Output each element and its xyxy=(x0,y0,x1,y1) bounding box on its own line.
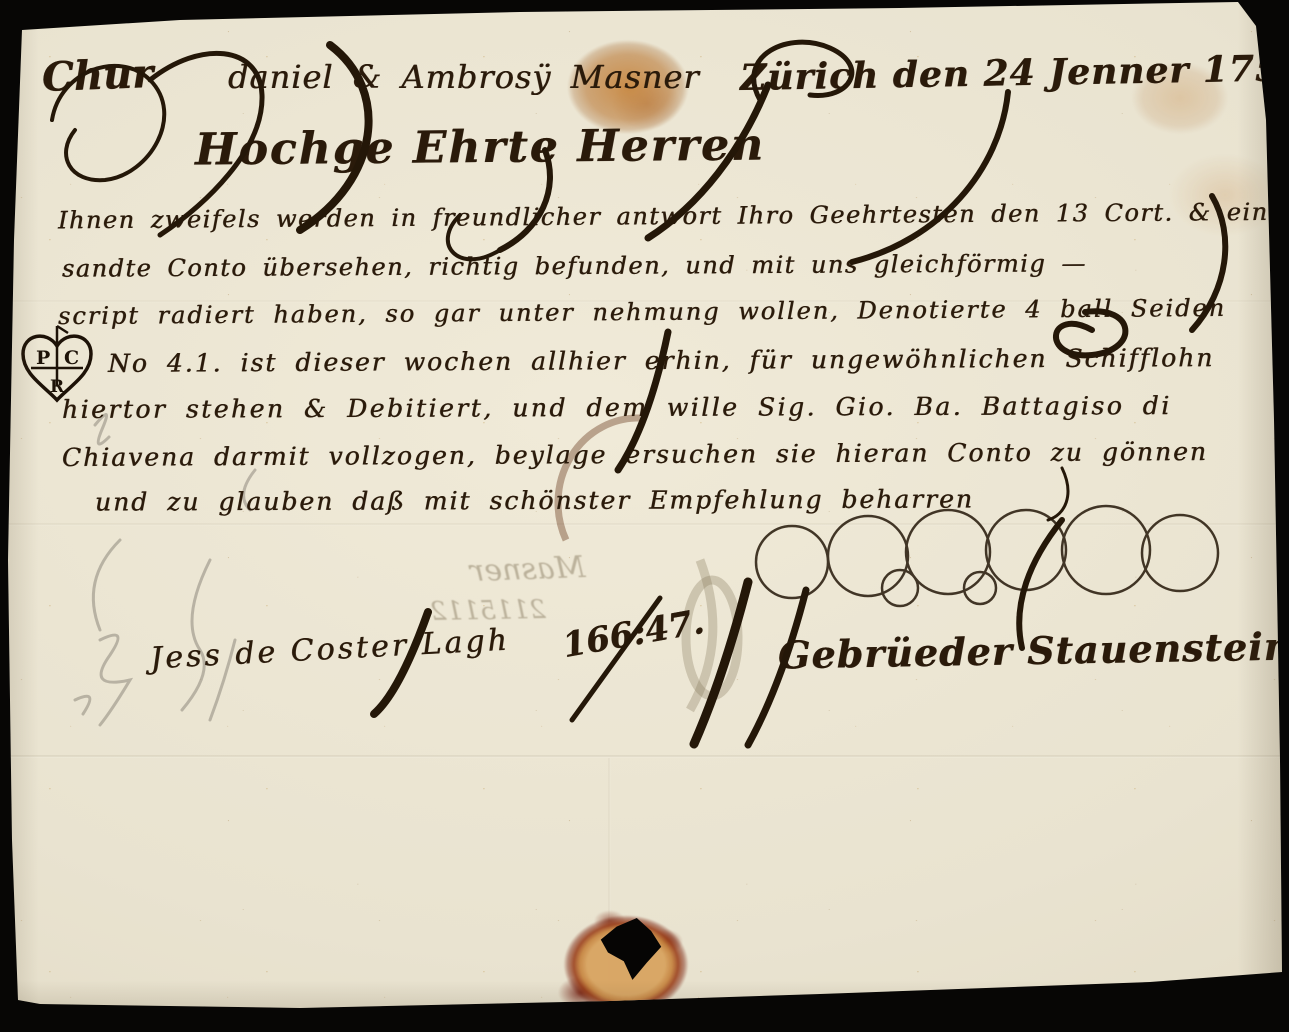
wax-seal-remnant xyxy=(545,903,707,1031)
fold-crease-horizontal xyxy=(0,755,1289,758)
scanned-letter: Masner 2115112 Chur daniel & Ambrosÿ Mas… xyxy=(0,0,1289,1032)
place-label: Chur xyxy=(41,50,154,101)
body-line: und zu glauben daß mit schönster Empfehl… xyxy=(95,484,974,516)
amount: 166:47. xyxy=(560,602,707,666)
body-line: No 4.1. ist dieser wochen allhier erhin,… xyxy=(108,343,1215,378)
body-line: hiertor stehen & Debitiert, und dem will… xyxy=(62,391,1172,424)
paper-sheet: Masner 2115112 Chur daniel & Ambrosÿ Mas… xyxy=(0,0,1289,1032)
salutation: Hochge Ehrte Herren xyxy=(195,120,765,176)
ghost-text: Masner xyxy=(469,550,586,589)
body-line: sandte Conto übersehen, richtig befunden… xyxy=(62,249,1087,282)
body-line: Ihnen zweifels werden in freundlicher an… xyxy=(58,198,1289,235)
stain-date-area xyxy=(1150,140,1289,250)
mark-letter-c: C xyxy=(64,347,79,369)
body-line: Chiavena darmit vollzogen, beylage ersuc… xyxy=(62,437,1208,472)
body-line: script radiert haben, so gar unter nehmu… xyxy=(58,294,1226,330)
signature: Gebrüeder Stauenstein xyxy=(778,624,1289,678)
ghost-text: 2115112 xyxy=(430,595,546,627)
merchant-mark-stamp: P C R xyxy=(23,326,91,400)
account-note: Jess de Coster Lagh xyxy=(149,623,510,677)
wax-seal-hole xyxy=(595,918,667,990)
addressee-line: daniel & Ambrosÿ Masner xyxy=(228,58,700,96)
fold-crease-horizontal xyxy=(0,523,1289,526)
mark-letter-p: P xyxy=(36,347,50,369)
fold-crease-vertical xyxy=(608,758,611,1008)
seal-ring-bleed xyxy=(558,418,640,540)
dateline: Zürich den 24 Jenner 1756 xyxy=(740,47,1289,99)
